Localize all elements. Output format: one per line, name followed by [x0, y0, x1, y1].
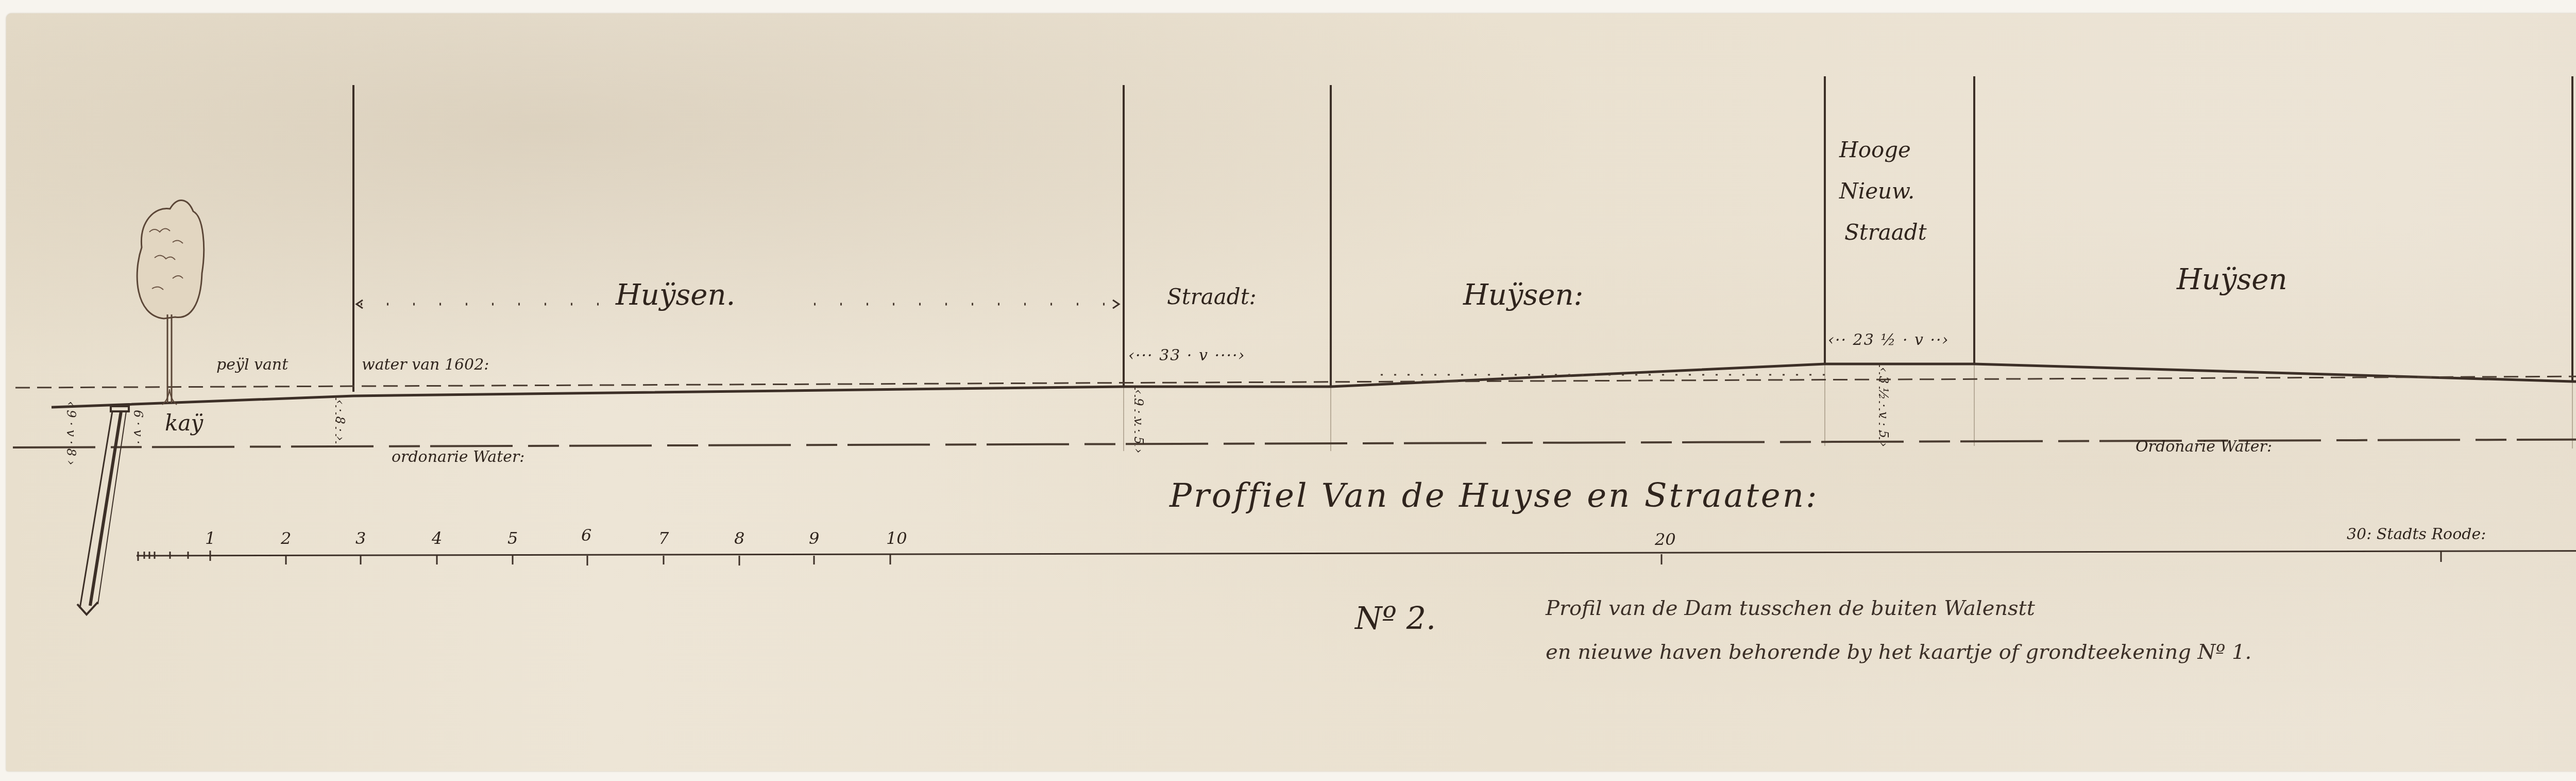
straadt-width-dimension: ‹··· 33 · v ····›: [1128, 348, 1246, 363]
hooge-straadt-width-dimension: ‹·· 23 ½ · v ··›: [1828, 333, 1950, 348]
section-label-straadt: Straadt:: [1167, 286, 1257, 308]
scale-tick-2: 2: [281, 530, 291, 546]
caption-line-1: Profil van de Dam tusschen de buiten Wal…: [1546, 598, 2035, 619]
water-1602-label: water van 1602:: [362, 357, 489, 373]
ordinary-water-right-label: Ordonarie Water:: [2136, 439, 2272, 455]
scale-unit-label: 30: Stadts Roode:: [2347, 527, 2486, 542]
section-label-huysen-right: Huÿsen: [2177, 265, 2287, 294]
peil-label: peÿl vant: [216, 357, 288, 373]
caption-line-2: en nieuwe haven behorende by het kaartje…: [1546, 642, 2251, 662]
hooge-straadt-depth-dimension: ‹ 3 ½ · v · 5 ›: [1877, 367, 1890, 447]
straadt-depth-dimension: ‹ 9 · v · 5 ›: [1132, 389, 1145, 453]
left-edge-vertical-dimension: ‹ 9 · v · 8 ›: [65, 401, 77, 465]
scale-tick-20: 20: [1655, 531, 1676, 547]
scale-tick-9: 9: [809, 530, 819, 546]
scale-tick-5: 5: [507, 530, 518, 546]
tree-icon: [137, 201, 204, 405]
scale-tick-10: 10: [886, 530, 907, 546]
kay-left-label: kaÿ: [165, 412, 203, 434]
kay-height-dimension: 6 · v ·: [132, 410, 144, 444]
scale-tick-3: 3: [355, 530, 366, 546]
section-label-huysen-left: Huÿsen.: [616, 281, 735, 310]
section-label-hooge-line2: Nieuw.: [1839, 180, 1914, 202]
scale-tick-1: 1: [205, 530, 215, 546]
section-label-huysen-middle: Huÿsen:: [1463, 281, 1583, 310]
section-label-hooge-line3: Straadt: [1844, 222, 1927, 243]
ordinary-water-left-label: ordonarie Water:: [392, 450, 524, 465]
drawing-title: Proffiel Van de Huyse en Straaten:: [1170, 479, 1819, 512]
scale-tick-6: 6: [581, 527, 591, 543]
scale-tick-4: 4: [432, 530, 442, 546]
caption-number: Nº 2.: [1355, 603, 1436, 634]
scale-bar: [137, 551, 2576, 566]
section-label-hooge-line1: Hooge: [1839, 139, 1911, 161]
scale-tick-8: 8: [734, 530, 744, 546]
quay-wall-left: [77, 406, 129, 614]
kay-step-dimension: ‹ · 8 · ›: [334, 400, 346, 441]
scale-tick-7: 7: [658, 530, 669, 546]
section-dividers: [353, 76, 2572, 392]
